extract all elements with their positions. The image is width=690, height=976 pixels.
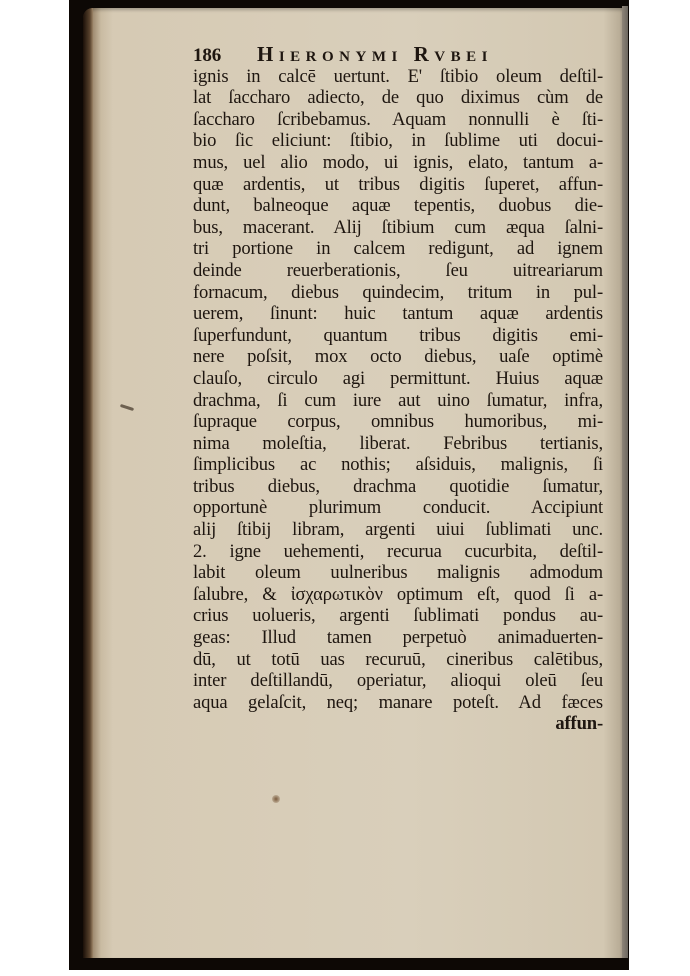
page-number: 186 — [193, 45, 257, 67]
text-line: ſaccharo ſcribebamus. Aquam nonnulli è ſ… — [193, 109, 603, 131]
page-gutter-shadow — [83, 8, 93, 958]
text-line: crius uolueris, argenti ſublimati pondus… — [193, 605, 603, 627]
text-line: ignis in calcē uertunt. E' ſtibio oleum … — [193, 66, 603, 88]
text-line: tribus diebus, drachma quotidie ſumatur, — [193, 476, 603, 498]
text-line: uerem, ſinunt: huic tantum aquæ ardentis — [193, 303, 603, 325]
text-line: ſupraque corpus, omnibus humoribus, mi- — [193, 411, 603, 433]
text-line: bus, macerant. Alij ſtibium cum æqua ſal… — [193, 217, 603, 239]
text-line: 2. igne uehementi, recurua cucurbita, de… — [193, 541, 603, 563]
text-line: alij ſtibij libram, argenti uiui ſublima… — [193, 519, 603, 541]
body-text: ignis in calcē uertunt. E' ſtibio oleum … — [193, 66, 603, 735]
text-line: clauſo, circulo agi permittunt. Huius aq… — [193, 368, 603, 390]
text-line: drachma, ſi cum iure aut uino ſumatur, i… — [193, 390, 603, 412]
page-header: 186 Hieronymi Rvbei — [193, 44, 603, 66]
text-line: bio ſic eliciunt: ſtibio, in ſublime uti… — [193, 130, 603, 152]
text-line: opportunè plurimum conducit. Accipiunt — [193, 497, 603, 519]
text-line: dū, ut totū uas recuruū, cineribus calēt… — [193, 649, 603, 671]
text-line: ſuperfundunt, quantum tribus digitis emi… — [193, 325, 603, 347]
running-head: Hieronymi Rvbei — [257, 44, 493, 66]
text-line: mus, uel alio modo, ui ignis, elato, tan… — [193, 152, 603, 174]
text-line: dunt, balneoque aquæ tepentis, duobus di… — [193, 195, 603, 217]
text-line: nima moleſtia, liberat. Febribus tertian… — [193, 433, 603, 455]
text-line: aqua gelaſcit, neq; manare poteſt. Ad fæ… — [193, 692, 603, 714]
text-line: inter deſtillandū, operiatur, alioqui ol… — [193, 670, 603, 692]
text-line: labit oleum uulneribus malignis admodum — [193, 562, 603, 584]
page-fore-edge — [622, 6, 628, 958]
text-line: fornacum, diebus quindecim, tritum in pu… — [193, 282, 603, 304]
text-line: geas: Illud tamen perpetuò animaduerten- — [193, 627, 603, 649]
text-line: quæ ardentis, ut tribus digitis ſuperet,… — [193, 174, 603, 196]
text-line: tri portione in calcem redigunt, ad igne… — [193, 238, 603, 260]
text-line: deinde reuerberationis, ſeu uitreariarum — [193, 260, 603, 282]
catchword: affun- — [193, 713, 603, 735]
text-line: ſimplicibus ac nothis; aſsiduis, maligni… — [193, 454, 603, 476]
text-line: lat ſaccharo adiecto, de quo diximus cùm… — [193, 87, 603, 109]
page-text-block: 186 Hieronymi Rvbei ignis in calcē uertu… — [193, 44, 603, 735]
ink-spot — [272, 795, 280, 803]
text-line: ſalubre, & ἰσχαρωτικὸν optimum eſt, quod… — [193, 584, 603, 606]
text-line: nere poſsit, mox octo diebus, uaſe optim… — [193, 346, 603, 368]
